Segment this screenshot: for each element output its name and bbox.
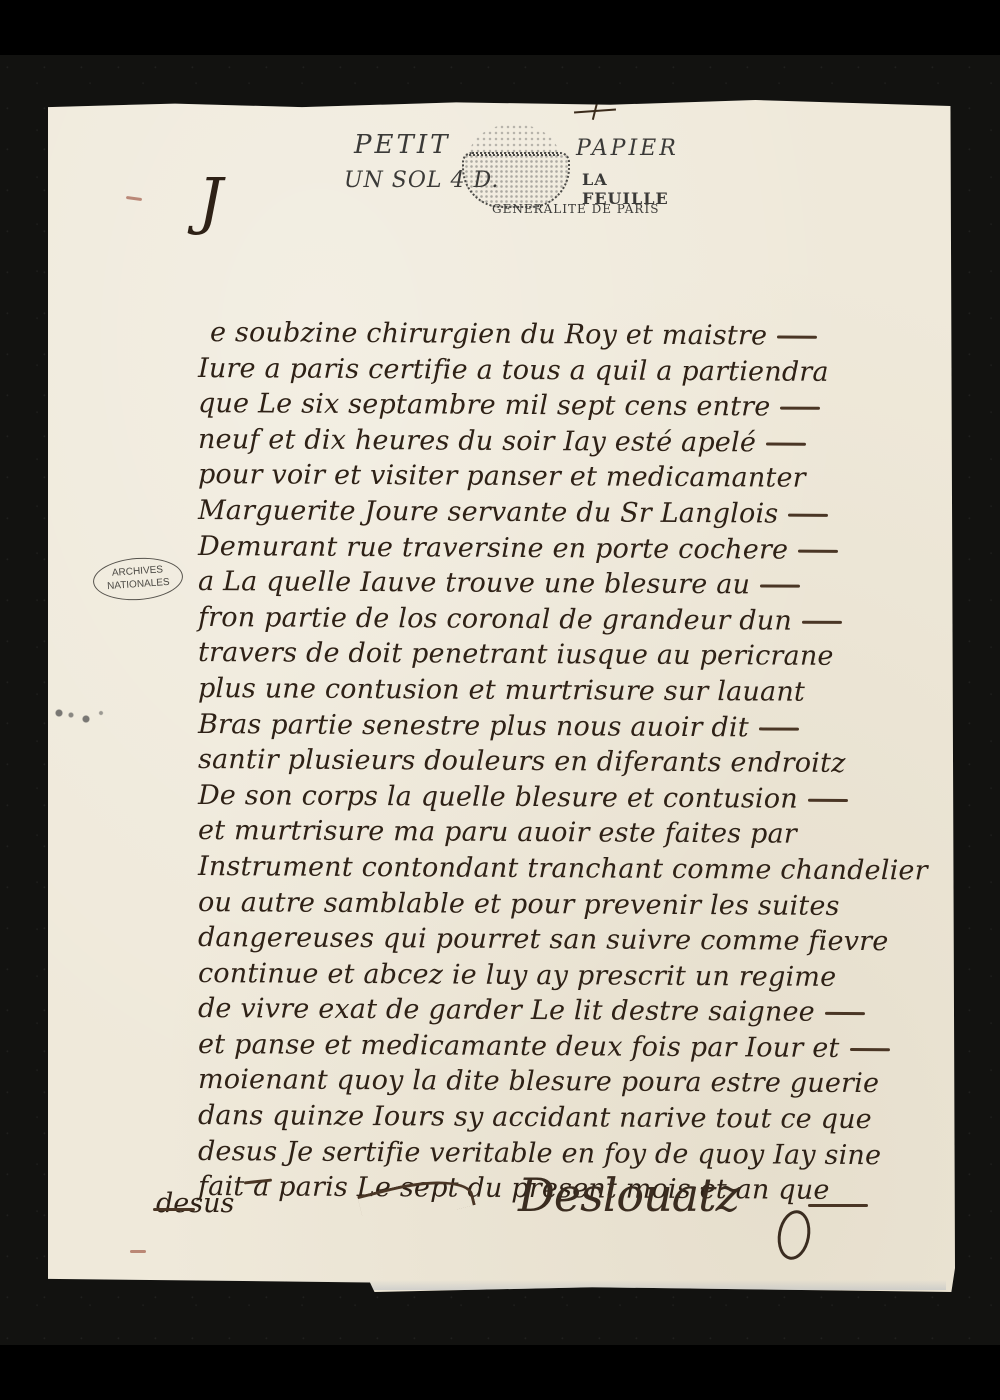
text-line: travers de doit penetrant iusque au peri… xyxy=(198,635,958,675)
closing-word: desus xyxy=(156,1188,234,1219)
line-filler-dash xyxy=(760,585,800,588)
text-line: Marguerite Joure servante du Sr Langlois xyxy=(198,493,958,533)
text-line: dans quinze Iours sy accidant narive tou… xyxy=(198,1098,958,1138)
text-line: ou autre samblable et pour prevenir les … xyxy=(198,885,958,925)
line-filler-dash xyxy=(759,727,799,730)
text-line: a La quelle Iauve trouve une blesure au xyxy=(198,564,958,604)
decorated-initial: J xyxy=(198,170,223,232)
ink-cross-mark xyxy=(574,109,616,114)
text-line: De son corps la quelle blesure et contus… xyxy=(198,778,958,818)
manuscript-page: PETIT PAPIER UN SOL 4 D. LA FEUILLE GENE… xyxy=(48,100,955,1292)
line-filler-dash xyxy=(825,1012,865,1015)
line-filler-dash xyxy=(777,336,817,339)
line-filler-dash xyxy=(802,620,842,623)
text-line: Bras partie senestre plus nous auoir dit xyxy=(198,707,958,747)
text-line: plus une contusion et murtrisure sur lau… xyxy=(198,671,958,711)
text-line: neuf et dix heures du soir Iay esté apel… xyxy=(198,422,958,462)
text-line: Instrument contondant tranchant comme ch… xyxy=(198,849,958,889)
signature: Deslouatz xyxy=(518,1168,739,1222)
document-viewer: PETIT PAPIER UN SOL 4 D. LA FEUILLE GENE… xyxy=(0,0,1000,1400)
paper-fleck xyxy=(126,196,142,201)
top-black-band xyxy=(0,0,1000,55)
bottom-black-band xyxy=(0,1345,1000,1400)
text-line: et panse et medicamante deux fois par Io… xyxy=(198,1027,958,1067)
handwritten-body: J e soubzine chirurgien du Roy et maistr… xyxy=(198,200,958,1205)
text-line: dangereuses qui pourret san suivre comme… xyxy=(198,920,958,960)
text-line: Iure a paris certifie a tous a quil a pa… xyxy=(198,351,958,391)
line-filler-dash xyxy=(808,798,848,801)
underline-dash xyxy=(153,1208,195,1211)
line-filler-dash xyxy=(766,442,806,445)
signature-flourish xyxy=(774,1208,814,1263)
text-line: de vivre exat de garder Le lit destre sa… xyxy=(198,991,958,1031)
archives-nationales-seal: ARCHIVES NATIONALES xyxy=(92,555,185,603)
signature-dash xyxy=(808,1204,868,1207)
text-line: e soubzine chirurgien du Roy et maistre xyxy=(198,315,958,355)
text-line: fron partie de los coronal de grandeur d… xyxy=(198,600,958,640)
text-line: Demurant rue traversine en porte cochere xyxy=(198,529,958,569)
line-filler-dash xyxy=(788,514,828,517)
text-line: et murtrisure ma paru auoir este faites … xyxy=(198,813,958,853)
text-line: continue et abcez ie luy ay prescrit un … xyxy=(198,956,958,996)
ink-smudge xyxy=(53,705,113,725)
text-line: pour voir et visiter panser et medicaman… xyxy=(198,457,958,497)
stamp-text-petit: PETIT xyxy=(354,130,450,160)
text-line: que Le six septambre mil sept cens entre xyxy=(198,386,958,426)
stamp-text-price: UN SOL 4 D. xyxy=(344,168,499,193)
stamp-text-papier: PAPIER xyxy=(576,136,679,161)
line-filler-dash xyxy=(780,407,820,410)
text-line: moienant quoy la dite blesure poura estr… xyxy=(198,1062,958,1102)
line-filler-dash xyxy=(798,549,838,552)
paper-fleck xyxy=(130,1250,146,1253)
text-line: santir plusieurs douleurs en diferants e… xyxy=(198,742,958,782)
line-filler-dash xyxy=(849,1048,889,1051)
